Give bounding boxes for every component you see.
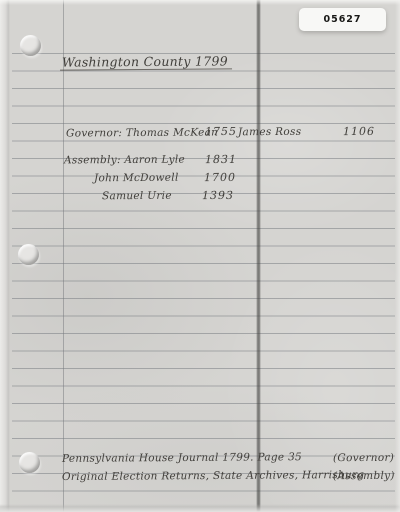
margin-line xyxy=(63,0,64,512)
paper-left-edge xyxy=(0,0,10,512)
source-office-tag: (Governor) xyxy=(333,452,394,465)
source-office-tag: (Assembly) xyxy=(333,470,395,483)
assembly-row-votes: 1393 xyxy=(202,189,234,202)
catalog-number-label: 05627 xyxy=(299,8,386,31)
governor-opponent-votes: 1106 xyxy=(343,125,375,138)
page-title: Washington County 1799 xyxy=(60,54,232,70)
paper-top-edge xyxy=(0,0,400,5)
governor-votes: 1755 xyxy=(205,125,237,138)
fold-crease-line xyxy=(256,0,261,512)
governor-opponent-name: James Ross xyxy=(238,126,301,139)
source-citation: Original Election Returns, State Archive… xyxy=(62,469,365,484)
source-citation: Pennsylvania House Journal 1799. Page 35 xyxy=(62,451,302,466)
assembly-row-name: Assembly: Aaron Lyle xyxy=(64,154,185,168)
assembly-row-votes: 1831 xyxy=(205,153,237,166)
ruled-lines xyxy=(12,53,395,498)
paper-right-edge xyxy=(395,0,400,512)
governor-office-name: Governor: Thomas McKean xyxy=(66,126,218,140)
assembly-row-name: John McDowell xyxy=(94,172,179,186)
catalog-number-text: 05627 xyxy=(323,14,361,25)
assembly-row-name: Samuel Urie xyxy=(102,190,172,203)
assembly-row-votes: 1700 xyxy=(204,171,236,184)
punch-hole-middle xyxy=(18,244,39,265)
paper-bottom-edge xyxy=(0,504,400,512)
scanned-document-page: 05627 Washington County 1799 Governor: T… xyxy=(0,0,400,512)
punch-hole-top xyxy=(20,35,41,56)
punch-hole-bottom xyxy=(19,452,40,473)
